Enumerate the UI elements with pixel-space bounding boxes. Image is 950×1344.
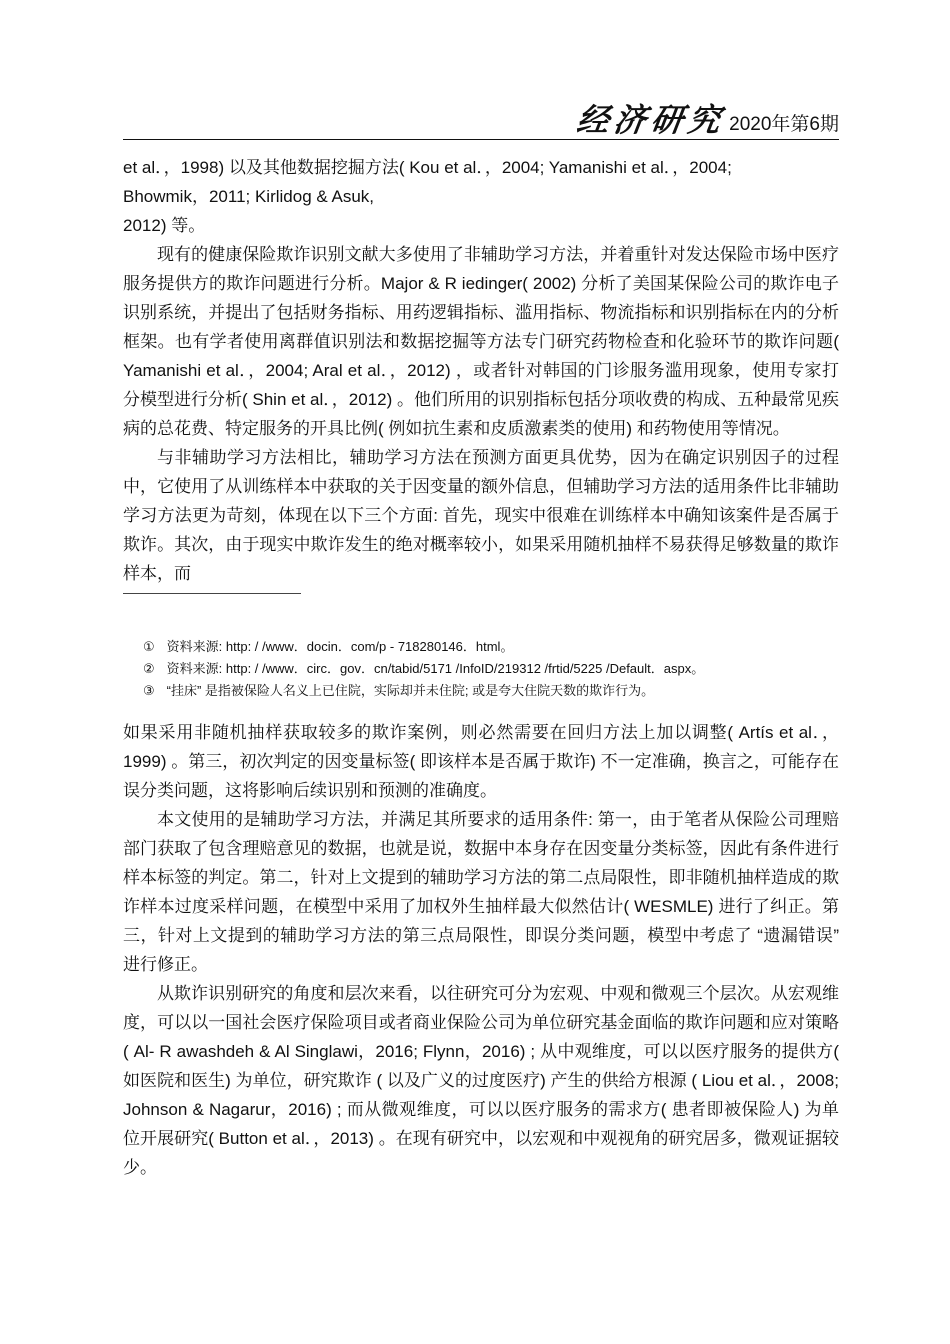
body-text-lower: 如果采用非随机抽样获取较多的欺诈案例，则必然需要在回归方法上加以调整( Artí… <box>123 718 839 1182</box>
paragraph-continuation-line-1: et al．，1998) 以及其他数据挖掘方法( Kou et al．，2004… <box>123 153 839 182</box>
issue-label: 2020年第6期 <box>729 114 839 136</box>
content-column: 经济研究 2020年第6期 et al．，1998) 以及其他数据挖掘方法( K… <box>123 0 839 1182</box>
footnote-item: ② 资料来源: http: / /www．circ．gov．cn/tabid/5… <box>123 658 839 680</box>
paragraph-continuation-line-2: Bhowmik，2011; Kirlidog & Asuk, <box>123 182 839 211</box>
paragraph-this-paper-method: 本文使用的是辅助学习方法，并满足其所要求的适用条件: 第一，由于笔者从保险公司理… <box>123 805 839 979</box>
journal-logo: 经济研究 <box>575 104 728 136</box>
footnotes-block: ① 资料来源: http: / /www．docin．com/p - 71828… <box>123 636 839 702</box>
footnote-separator <box>123 593 301 594</box>
footnote-marker: ③ <box>143 680 155 702</box>
footnote-text: “挂床” 是指被保险人名义上已住院，实际却并未住院; 或是夸大住院天数的欺诈行为… <box>167 680 839 702</box>
paragraph-continuation-line-3: 2012) 等。 <box>123 211 839 240</box>
footnote-item: ① 资料来源: http: / /www．docin．com/p - 71828… <box>123 636 839 658</box>
paragraph-supervised-vs-unsupervised: 与非辅助学习方法相比，辅助学习方法在预测方面更具优势，因为在确定识别因子的过程中… <box>123 443 839 588</box>
body-text-upper: et al．，1998) 以及其他数据挖掘方法( Kou et al．，2004… <box>123 153 839 588</box>
footnote-item: ③ “挂床” 是指被保险人名义上已住院，实际却并未住院; 或是夸大住院天数的欺诈… <box>123 680 839 702</box>
paragraph-macro-meso-micro: 从欺诈识别研究的角度和层次来看，以往研究可分为宏观、中观和微观三个层次。从宏观维… <box>123 979 839 1182</box>
page-header: 经济研究 2020年第6期 <box>123 0 839 140</box>
footnote-text: 资料来源: http: / /www．circ．gov．cn/tabid/517… <box>167 658 839 680</box>
paragraph-nonrandom-sampling: 如果采用非随机抽样获取较多的欺诈案例，则必然需要在回归方法上加以调整( Artí… <box>123 718 839 805</box>
footnote-text: 资料来源: http: / /www．docin．com/p - 7182801… <box>167 636 839 658</box>
footnote-marker: ① <box>143 636 155 658</box>
footnote-marker: ② <box>143 658 155 680</box>
page: 经济研究 2020年第6期 et al．，1998) 以及其他数据挖掘方法( K… <box>0 0 950 1344</box>
paragraph-existing-literature: 现有的健康保险欺诈识别文献大多使用了非辅助学习方法，并着重针对发达保险市场中医疗… <box>123 240 839 443</box>
